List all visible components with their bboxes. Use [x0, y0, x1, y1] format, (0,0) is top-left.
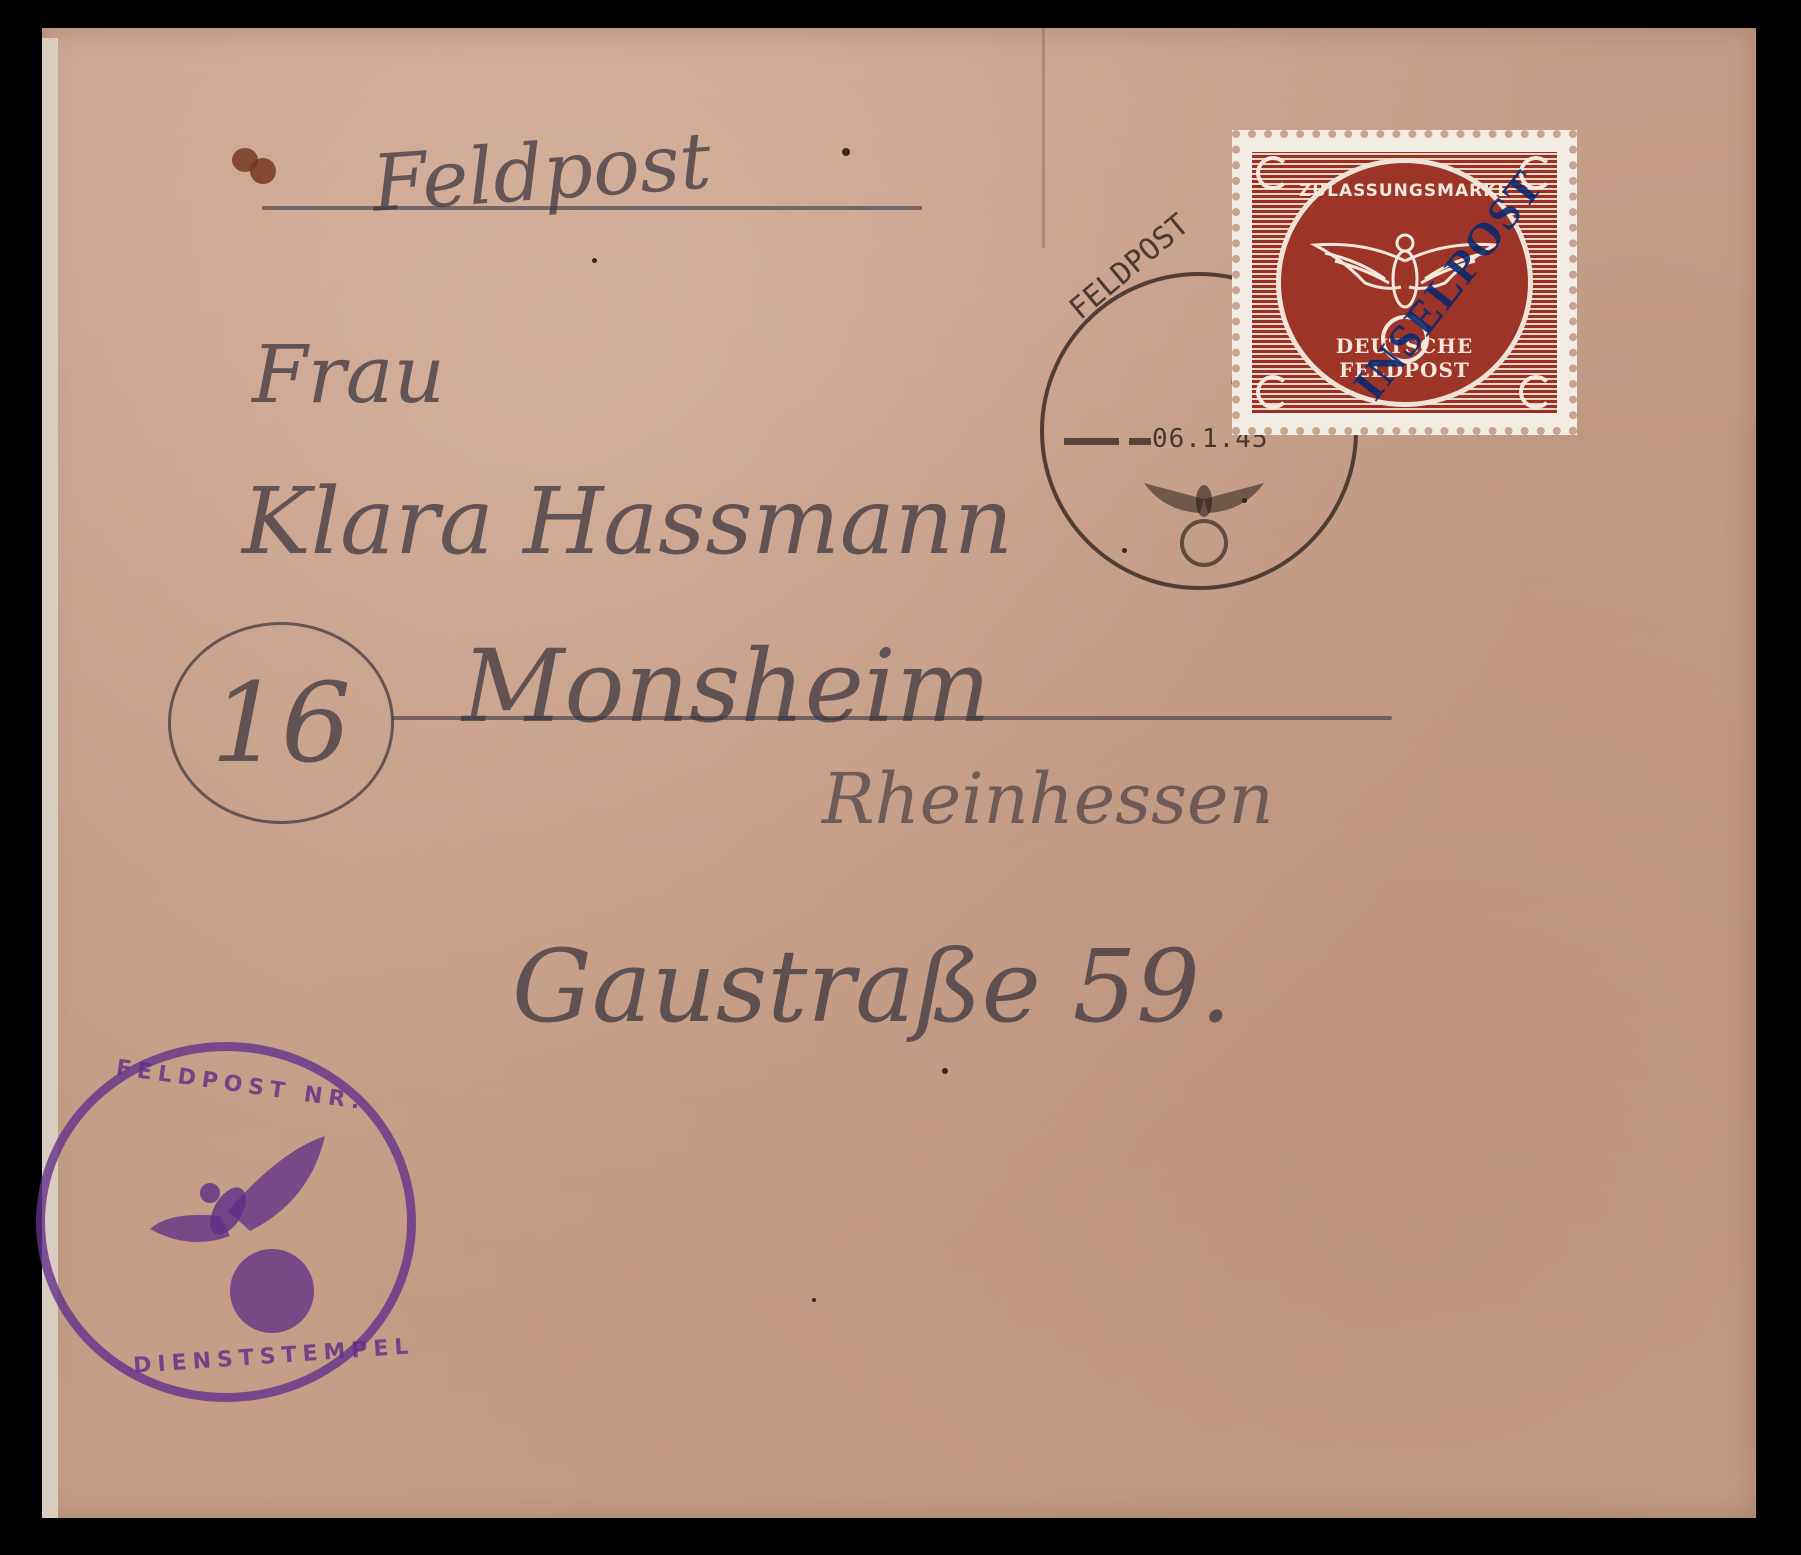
circled-number-text: 16 [211, 659, 351, 787]
postmark-top-text: FELDPOST [1063, 207, 1196, 327]
handwritten-service-label: Feldpost [369, 116, 714, 229]
speck [592, 258, 597, 263]
speck [942, 1068, 948, 1074]
speck [812, 1298, 816, 1302]
unit-cachet: FELDPOST NR. DIENSTSTEMPEL [36, 1042, 416, 1402]
stamp-corner-ornament [1256, 375, 1290, 409]
handwritten-salutation: Frau [252, 328, 445, 421]
service-underline [262, 206, 922, 210]
handwritten-street: Gaustraße 59. [512, 928, 1232, 1045]
circled-number: 16 [168, 622, 394, 824]
eagle-emblem-icon [1134, 461, 1274, 571]
postmark-bar [1064, 438, 1119, 445]
handwritten-region: Rheinhessen [822, 758, 1274, 840]
postmark-bar [1129, 438, 1151, 445]
stamp-corner-ornament [1519, 375, 1553, 409]
city-underline [392, 716, 1392, 720]
stain [250, 158, 276, 184]
crease [1042, 28, 1045, 248]
handwritten-city: Monsheim [462, 628, 991, 745]
eagle-emblem-icon [110, 1111, 350, 1351]
stamp-corner-ornament [1256, 156, 1290, 190]
postage-stamp: ZULASSUNGSMARKE DEUTSCHE FELDPOST INSELP… [1232, 130, 1577, 435]
speck [842, 148, 850, 156]
handwritten-recipient-name: Klara Hassmann [242, 468, 1013, 575]
